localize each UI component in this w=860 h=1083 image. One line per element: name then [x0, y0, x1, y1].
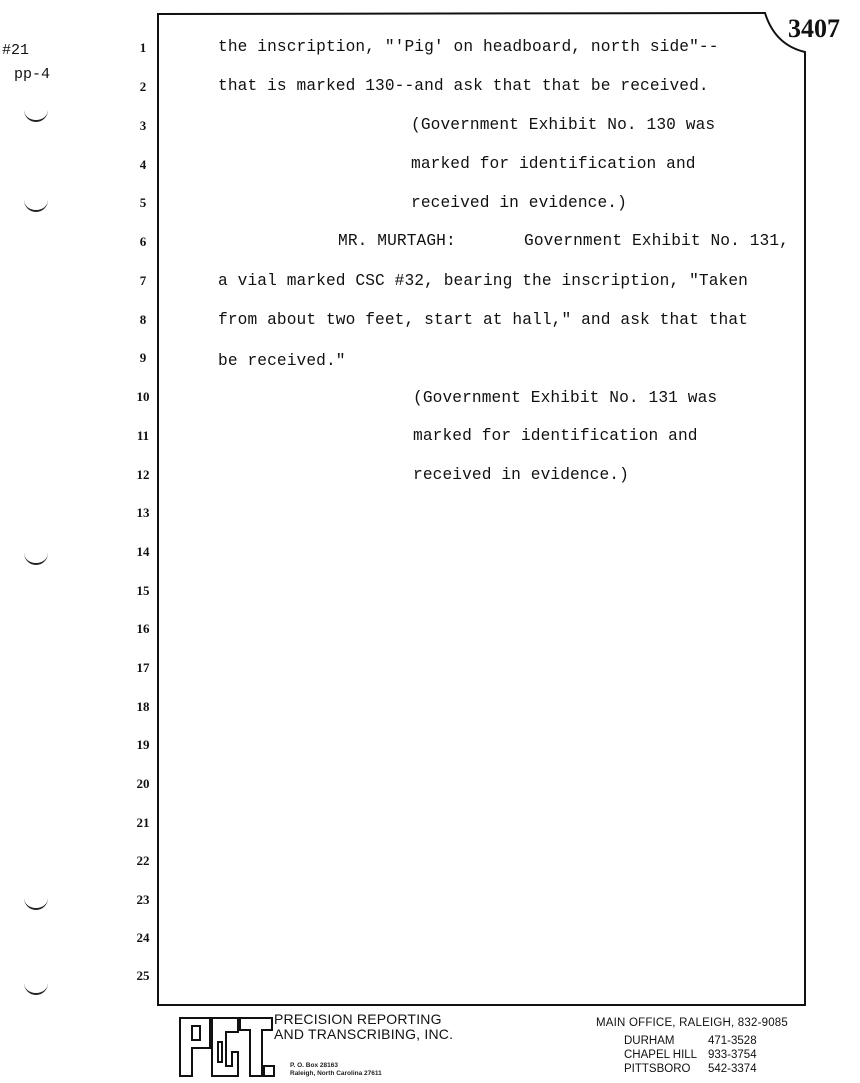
office-row: PITTSBORO542-3374 — [624, 1063, 757, 1075]
line-number: 14 — [128, 544, 158, 560]
address-po-box: P. O. Box 28163 — [290, 1062, 382, 1070]
line-number: 1 — [128, 40, 158, 56]
line-number: 6 — [128, 234, 158, 250]
line-number: 9 — [128, 350, 158, 366]
office-city: CHAPEL HILL — [624, 1049, 708, 1061]
transcript-line: be received." — [218, 352, 346, 370]
transcript-line: from about two feet, start at hall," and… — [218, 311, 748, 329]
line-number: 10 — [128, 389, 158, 405]
line-number: 7 — [128, 273, 158, 289]
line-number: 16 — [128, 621, 158, 637]
line-number: 23 — [128, 892, 158, 908]
transcript-line: the inscription, "'Pig' on headboard, no… — [218, 38, 719, 56]
line-number: 18 — [128, 699, 158, 715]
line-number: 5 — [128, 195, 158, 211]
office-phone: 471-3528 — [708, 1035, 757, 1047]
address-city: Raleigh, North Carolina 27611 — [290, 1070, 382, 1078]
line-number: 15 — [128, 583, 158, 599]
company-name: PRECISION REPORTING AND TRANSCRIBING, IN… — [274, 1012, 453, 1042]
line-number: 20 — [128, 776, 158, 792]
transcript-line: that is marked 130--and ask that that be… — [218, 77, 709, 95]
transcript-parenthetical: (Government Exhibit No. 130 was — [411, 116, 715, 134]
line-number: 11 — [128, 428, 158, 444]
line-number: 12 — [128, 467, 158, 483]
office-city: PITTSBORO — [624, 1063, 708, 1075]
line-number: 24 — [128, 930, 158, 946]
transcript-parenthetical: marked for identification and — [411, 155, 696, 173]
transcript-parenthetical: marked for identification and — [413, 427, 698, 445]
line-number: 25 — [128, 968, 158, 984]
office-city: DURHAM — [624, 1035, 708, 1047]
line-number: 19 — [128, 737, 158, 753]
transcript-line: Government Exhibit No. 131, — [524, 232, 789, 250]
company-address: P. O. Box 28163 Raleigh, North Carolina … — [290, 1062, 382, 1078]
line-number: 4 — [128, 157, 158, 173]
company-name-line2: AND TRANSCRIBING, INC. — [274, 1027, 453, 1042]
transcript-parenthetical: (Government Exhibit No. 131 was — [413, 389, 717, 407]
office-phone: 542-3374 — [708, 1063, 757, 1075]
main-office: MAIN OFFICE, RALEIGH, 832-9085 — [596, 1017, 788, 1029]
office-phone: 933-3754 — [708, 1049, 757, 1061]
office-row: DURHAM471-3528 — [624, 1035, 757, 1047]
line-number: 8 — [128, 312, 158, 328]
line-number: 13 — [128, 505, 158, 521]
line-number: 3 — [128, 118, 158, 134]
transcript-parenthetical: received in evidence.) — [411, 194, 627, 212]
office-row: CHAPEL HILL933-3754 — [624, 1049, 757, 1061]
line-number: 2 — [128, 79, 158, 95]
speaker-label: MR. MURTAGH: — [338, 232, 456, 250]
line-number: 17 — [128, 660, 158, 676]
line-number: 21 — [128, 815, 158, 831]
transcript-line: a vial marked CSC #32, bearing the inscr… — [218, 272, 748, 290]
transcript-parenthetical: received in evidence.) — [413, 466, 629, 484]
company-logo — [176, 1012, 276, 1080]
company-name-line1: PRECISION REPORTING — [274, 1012, 453, 1027]
line-number: 22 — [128, 853, 158, 869]
